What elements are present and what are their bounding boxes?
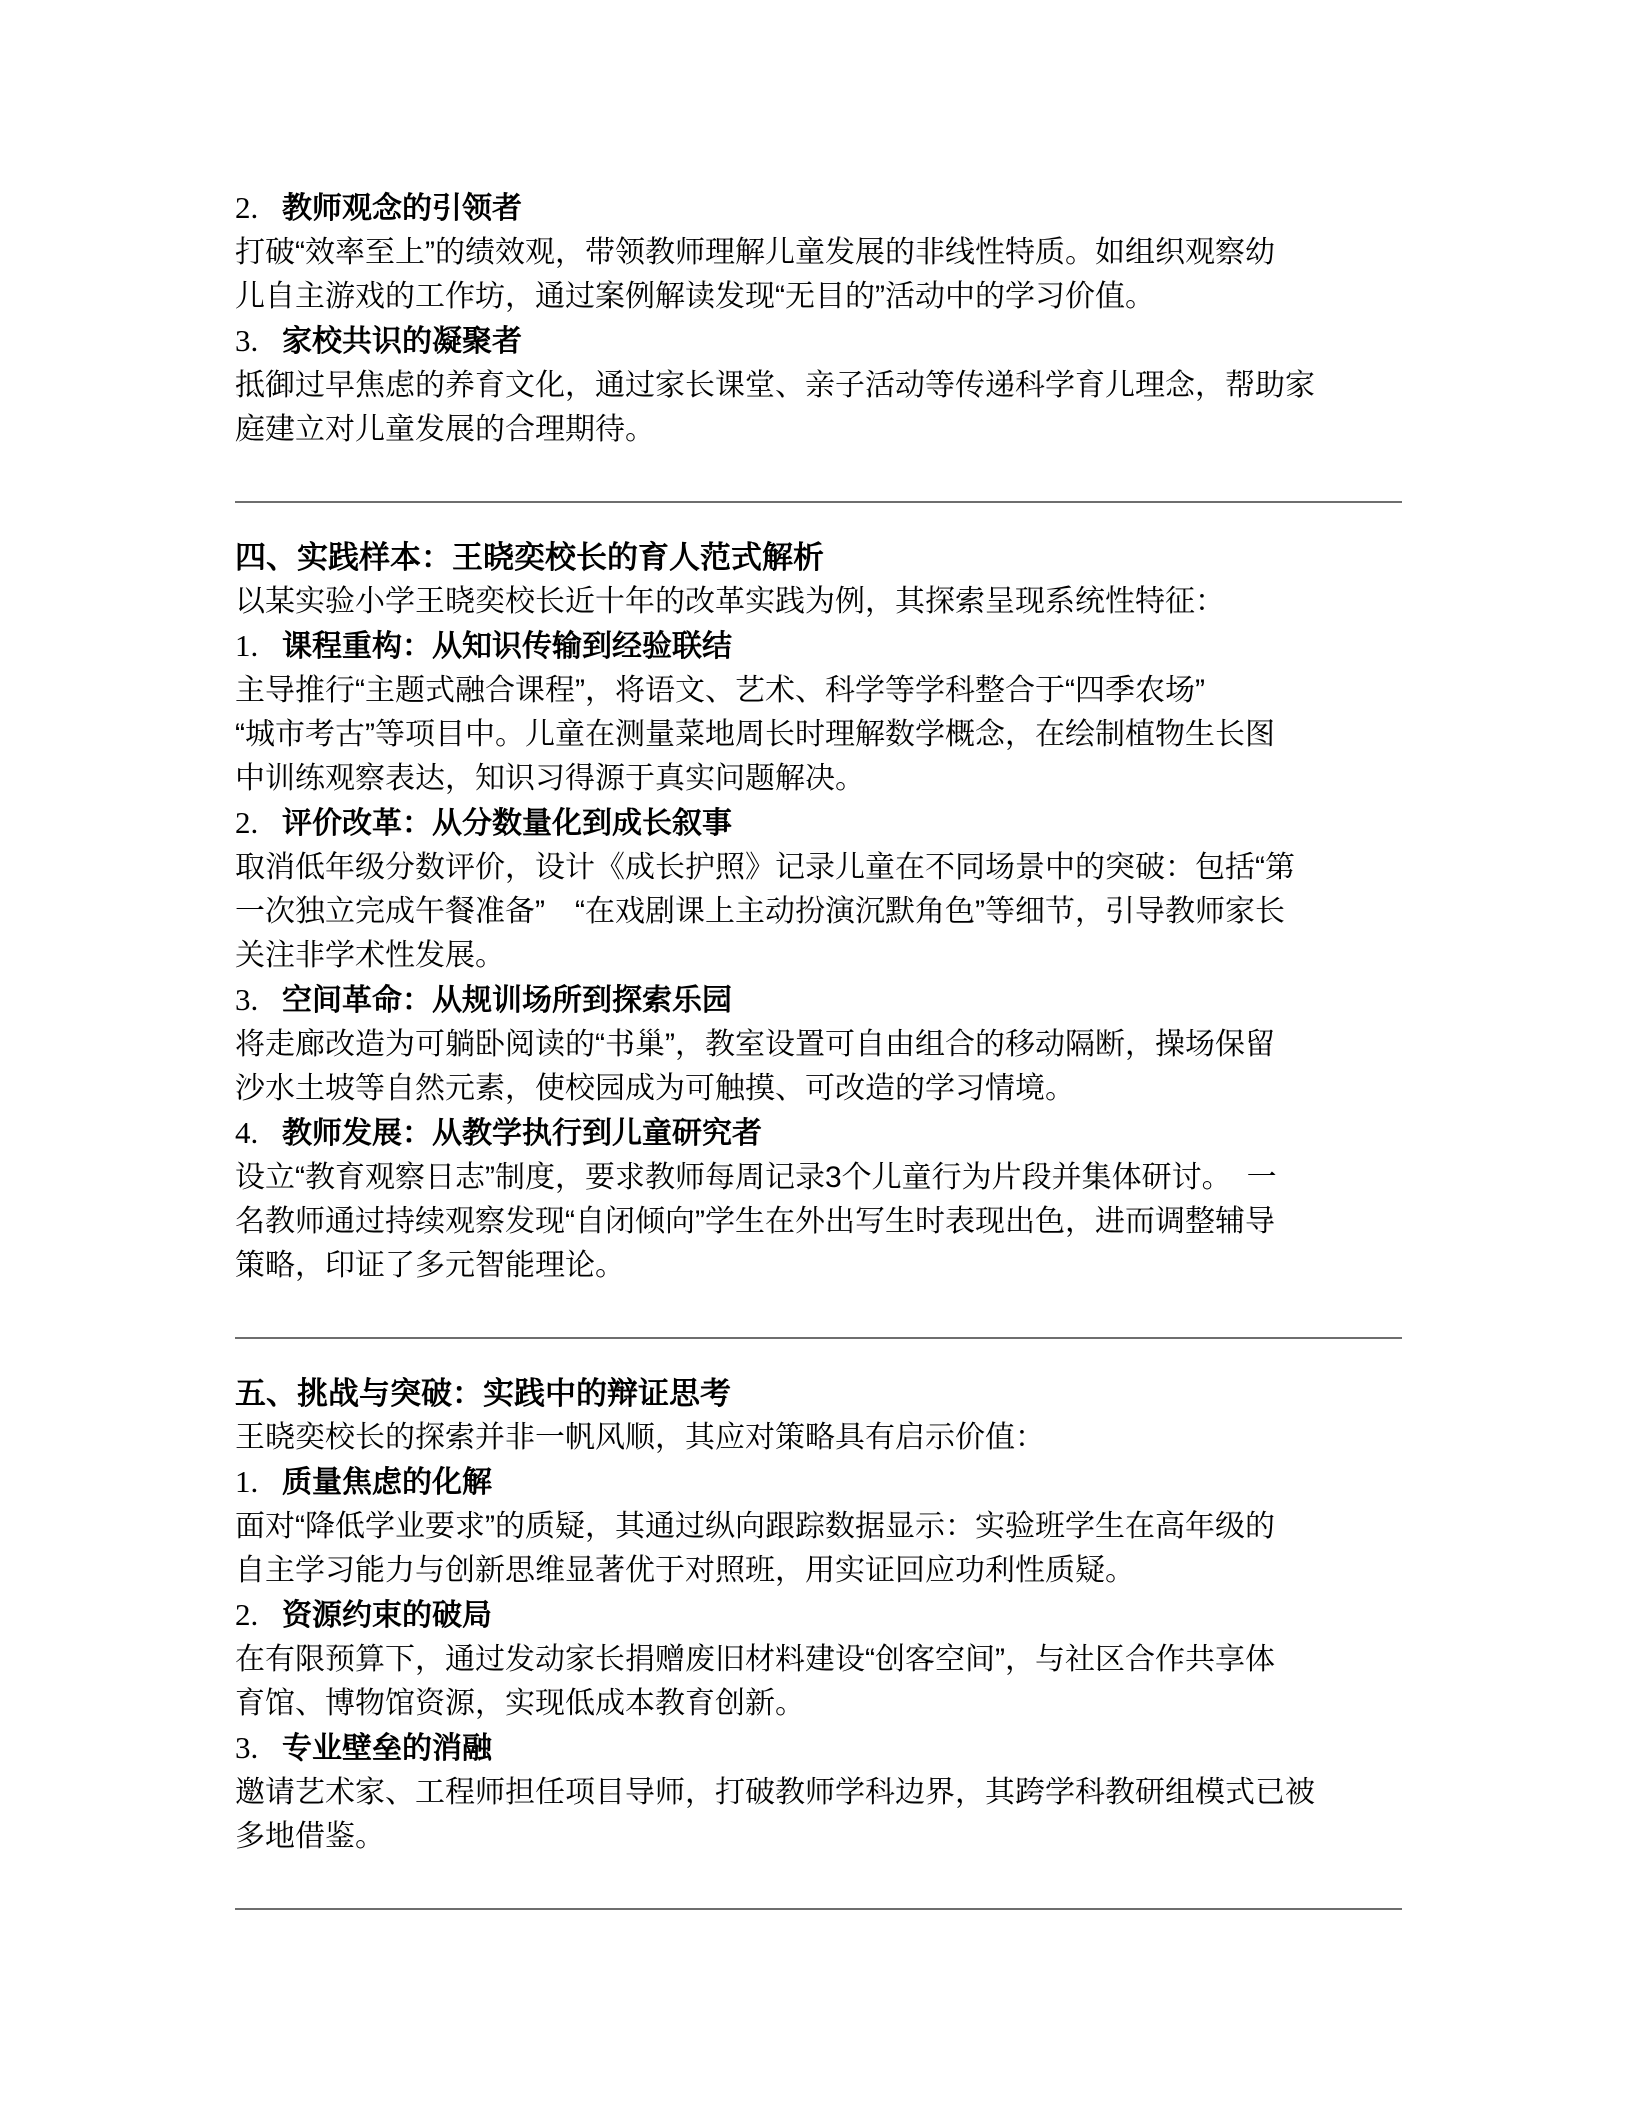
section-four-intro: 以某实验小学王晓奕校长近十年的改革实践为例，其探索呈现系统性特征： — [235, 580, 1405, 624]
body-line: 邀请艺术家、工程师担任项目导师，打破教师学科边界，其跨学科教研组模式已被 — [235, 1771, 1405, 1815]
list-item-number: 3. — [235, 319, 282, 363]
body-line: 将走廊改造为可躺卧阅读的“书巢”，教室设置可自由组合的移动隔断，操场保留 — [235, 1023, 1405, 1067]
list-item-title: 空间革命：从规训场所到探索乐园 — [282, 984, 732, 1017]
list-item-heading-curriculum: 1.课程重构：从知识传输到经验联结 — [235, 624, 1405, 669]
list-item-number: 3. — [235, 978, 282, 1022]
section-divider — [235, 1908, 1402, 1910]
list-item-number: 2. — [235, 801, 282, 845]
section-five-intro: 王晓奕校长的探索并非一帆风顺，其应对策略具有启示价值： — [235, 1416, 1405, 1460]
list-item-title: 评价改革：从分数量化到成长叙事 — [282, 807, 732, 840]
list-item-heading-resource-constraints: 2.资源约束的破局 — [235, 1593, 1405, 1638]
list-item-heading-teacher-development: 4.教师发展：从教学执行到儿童研究者 — [235, 1111, 1405, 1156]
body-line: 一次独立完成午餐准备” “在戏剧课上主动扮演沉默角色”等细节，引导教师家长 — [235, 890, 1405, 934]
document-body: 2.教师观念的引领者 打破“效率至上”的绩效观，带领教师理解儿童发展的非线性特质… — [235, 186, 1405, 1943]
list-item-heading-quality-anxiety: 1.质量焦虑的化解 — [235, 1460, 1405, 1505]
body-line: 关注非学术性发展。 — [235, 934, 1405, 978]
list-item-heading-evaluation: 2.评价改革：从分数量化到成长叙事 — [235, 801, 1405, 846]
body-line: 策略，印证了多元智能理论。 — [235, 1244, 1405, 1288]
list-item-heading-professional-barriers: 3.专业壁垒的消融 — [235, 1726, 1405, 1771]
list-item-title: 质量焦虑的化解 — [282, 1466, 492, 1499]
list-item-title: 资源约束的破局 — [282, 1599, 492, 1632]
list-item-number: 1. — [235, 624, 282, 668]
list-item-title: 课程重构：从知识传输到经验联结 — [282, 630, 732, 663]
body-line: 育馆、博物馆资源，实现低成本教育创新。 — [235, 1682, 1405, 1726]
body-line: 中训练观察表达，知识习得源于真实问题解决。 — [235, 757, 1405, 801]
body-line: 自主学习能力与创新思维显著优于对照班，用实证回应功利性质疑。 — [235, 1549, 1405, 1593]
section-divider — [235, 1337, 1402, 1339]
list-item-title: 专业壁垒的消融 — [282, 1732, 492, 1765]
body-line: 庭建立对儿童发展的合理期待。 — [235, 408, 1405, 452]
body-line: 打破“效率至上”的绩效观，带领教师理解儿童发展的非线性特质。如组织观察幼 — [235, 231, 1405, 275]
list-item-title: 教师发展：从教学执行到儿童研究者 — [282, 1117, 762, 1150]
body-line: 抵御过早焦虑的养育文化，通过家长课堂、亲子活动等传递科学育儿理念，帮助家 — [235, 364, 1405, 408]
list-item-number: 2. — [235, 1593, 282, 1637]
list-item-heading-teacher-concepts: 2.教师观念的引领者 — [235, 186, 1405, 231]
list-item-number: 3. — [235, 1726, 282, 1770]
list-item-number: 4. — [235, 1111, 282, 1155]
list-item-number: 1. — [235, 1460, 282, 1504]
body-line: “城市考古”等项目中。儿童在测量菜地周长时理解数学概念，在绘制植物生长图 — [235, 713, 1405, 757]
list-item-heading-home-school: 3.家校共识的凝聚者 — [235, 319, 1405, 364]
body-line: 主导推行“主题式融合课程”，将语文、艺术、科学等学科整合于“四季农场” — [235, 669, 1405, 713]
body-line: 在有限预算下，通过发动家长捐赠废旧材料建设“创客空间”，与社区合作共享体 — [235, 1638, 1405, 1682]
list-item-number: 2. — [235, 186, 282, 230]
list-item-title: 教师观念的引领者 — [282, 192, 522, 225]
body-line: 面对“降低学业要求”的质疑，其通过纵向跟踪数据显示：实验班学生在高年级的 — [235, 1505, 1405, 1549]
list-item-title: 家校共识的凝聚者 — [282, 325, 522, 358]
body-line: 多地借鉴。 — [235, 1815, 1405, 1859]
body-line: 沙水土坡等自然元素，使校园成为可触摸、可改造的学习情境。 — [235, 1067, 1405, 1111]
section-four-heading: 四、实践样本：王晓奕校长的育人范式解析 — [235, 536, 1405, 580]
section-five-heading: 五、挑战与突破：实践中的辩证思考 — [235, 1372, 1405, 1416]
body-line: 取消低年级分数评价，设计《成长护照》记录儿童在不同场景中的突破：包括“第 — [235, 846, 1405, 890]
list-item-heading-space: 3.空间革命：从规训场所到探索乐园 — [235, 978, 1405, 1023]
body-line: 设立“教育观察日志”制度，要求教师每周记录3个儿童行为片段并集体研讨。 一 — [235, 1156, 1405, 1200]
section-divider — [235, 501, 1402, 503]
body-line: 儿自主游戏的工作坊，通过案例解读发现“无目的”活动中的学习价值。 — [235, 275, 1405, 319]
body-line: 名教师通过持续观察发现“自闭倾向”学生在外出写生时表现出色，进而调整辅导 — [235, 1200, 1405, 1244]
